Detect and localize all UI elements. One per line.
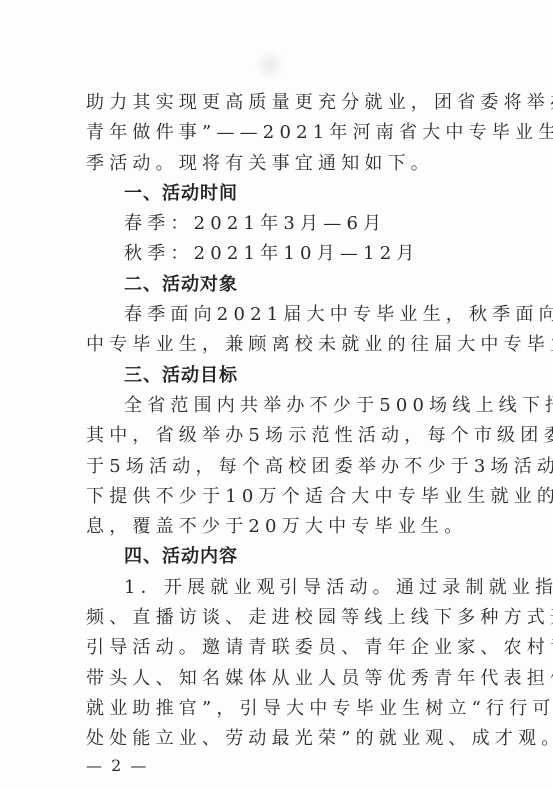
body-line: 季活动。现将有关事宜通知如下。 [86, 149, 472, 179]
document-page: 助力其实现更高质量更充分就业，团省委将举办“我为 青年做件事”——2021年河南… [86, 88, 472, 781]
section-heading-content: 四、活动内容 [86, 542, 472, 572]
body-line: 处处能立业、劳动最光荣”的就业观、成才观。邀请名 [86, 724, 472, 754]
body-line: 其中，省级举办5场示范性活动，每个市级团委举办不少 [86, 421, 472, 451]
body-line: 引导活动。邀请青联委员、青年企业家、农村青年致富 [86, 633, 472, 663]
section-heading-target-audience: 二、活动对象 [86, 270, 472, 300]
scan-smudge [255, 50, 285, 80]
section-heading-goals: 三、活动目标 [86, 361, 472, 391]
body-line-autumn: 秋季：2021年10月—12月 [86, 239, 472, 269]
body-line: 下提供不少于10万个适合大中专毕业生就业的岗位信 [86, 482, 472, 512]
page-number: — 2 — [86, 751, 472, 781]
body-line: 青年做件事”——2021年河南省大中专毕业生就业服务 [86, 118, 472, 148]
body-line: 全省范围内共举办不少于500场线上线下招聘活动。 [86, 391, 472, 421]
body-line-spring: 春季：2021年3月—6月 [86, 209, 472, 239]
body-line: 1．开展就业观引导活动。通过录制就业指导公益视 [86, 573, 472, 603]
body-line: 就业助推官”，引导大中专毕业生树立“行行可建功、 [86, 694, 472, 724]
body-line: 带头人、知名媒体从业人员等优秀青年代表担任“青年 [86, 664, 472, 694]
body-line: 于5场活动，每个高校团委举办不少于3场活动。线上线 [86, 452, 472, 482]
body-line: 息，覆盖不少于20万大中专毕业生。 [86, 512, 472, 542]
body-line: 中专毕业生，兼顾离校未就业的往届大中专毕业生。 [86, 330, 472, 360]
body-line: 频、直播访谈、走进校园等线上线下多种方式开展宣传 [86, 603, 472, 633]
body-line: 助力其实现更高质量更充分就业，团省委将举办“我为 [86, 88, 472, 118]
section-heading-time: 一、活动时间 [86, 179, 472, 209]
body-line: 春季面向2021届大中专毕业生，秋季面向2022届大 [86, 300, 472, 330]
